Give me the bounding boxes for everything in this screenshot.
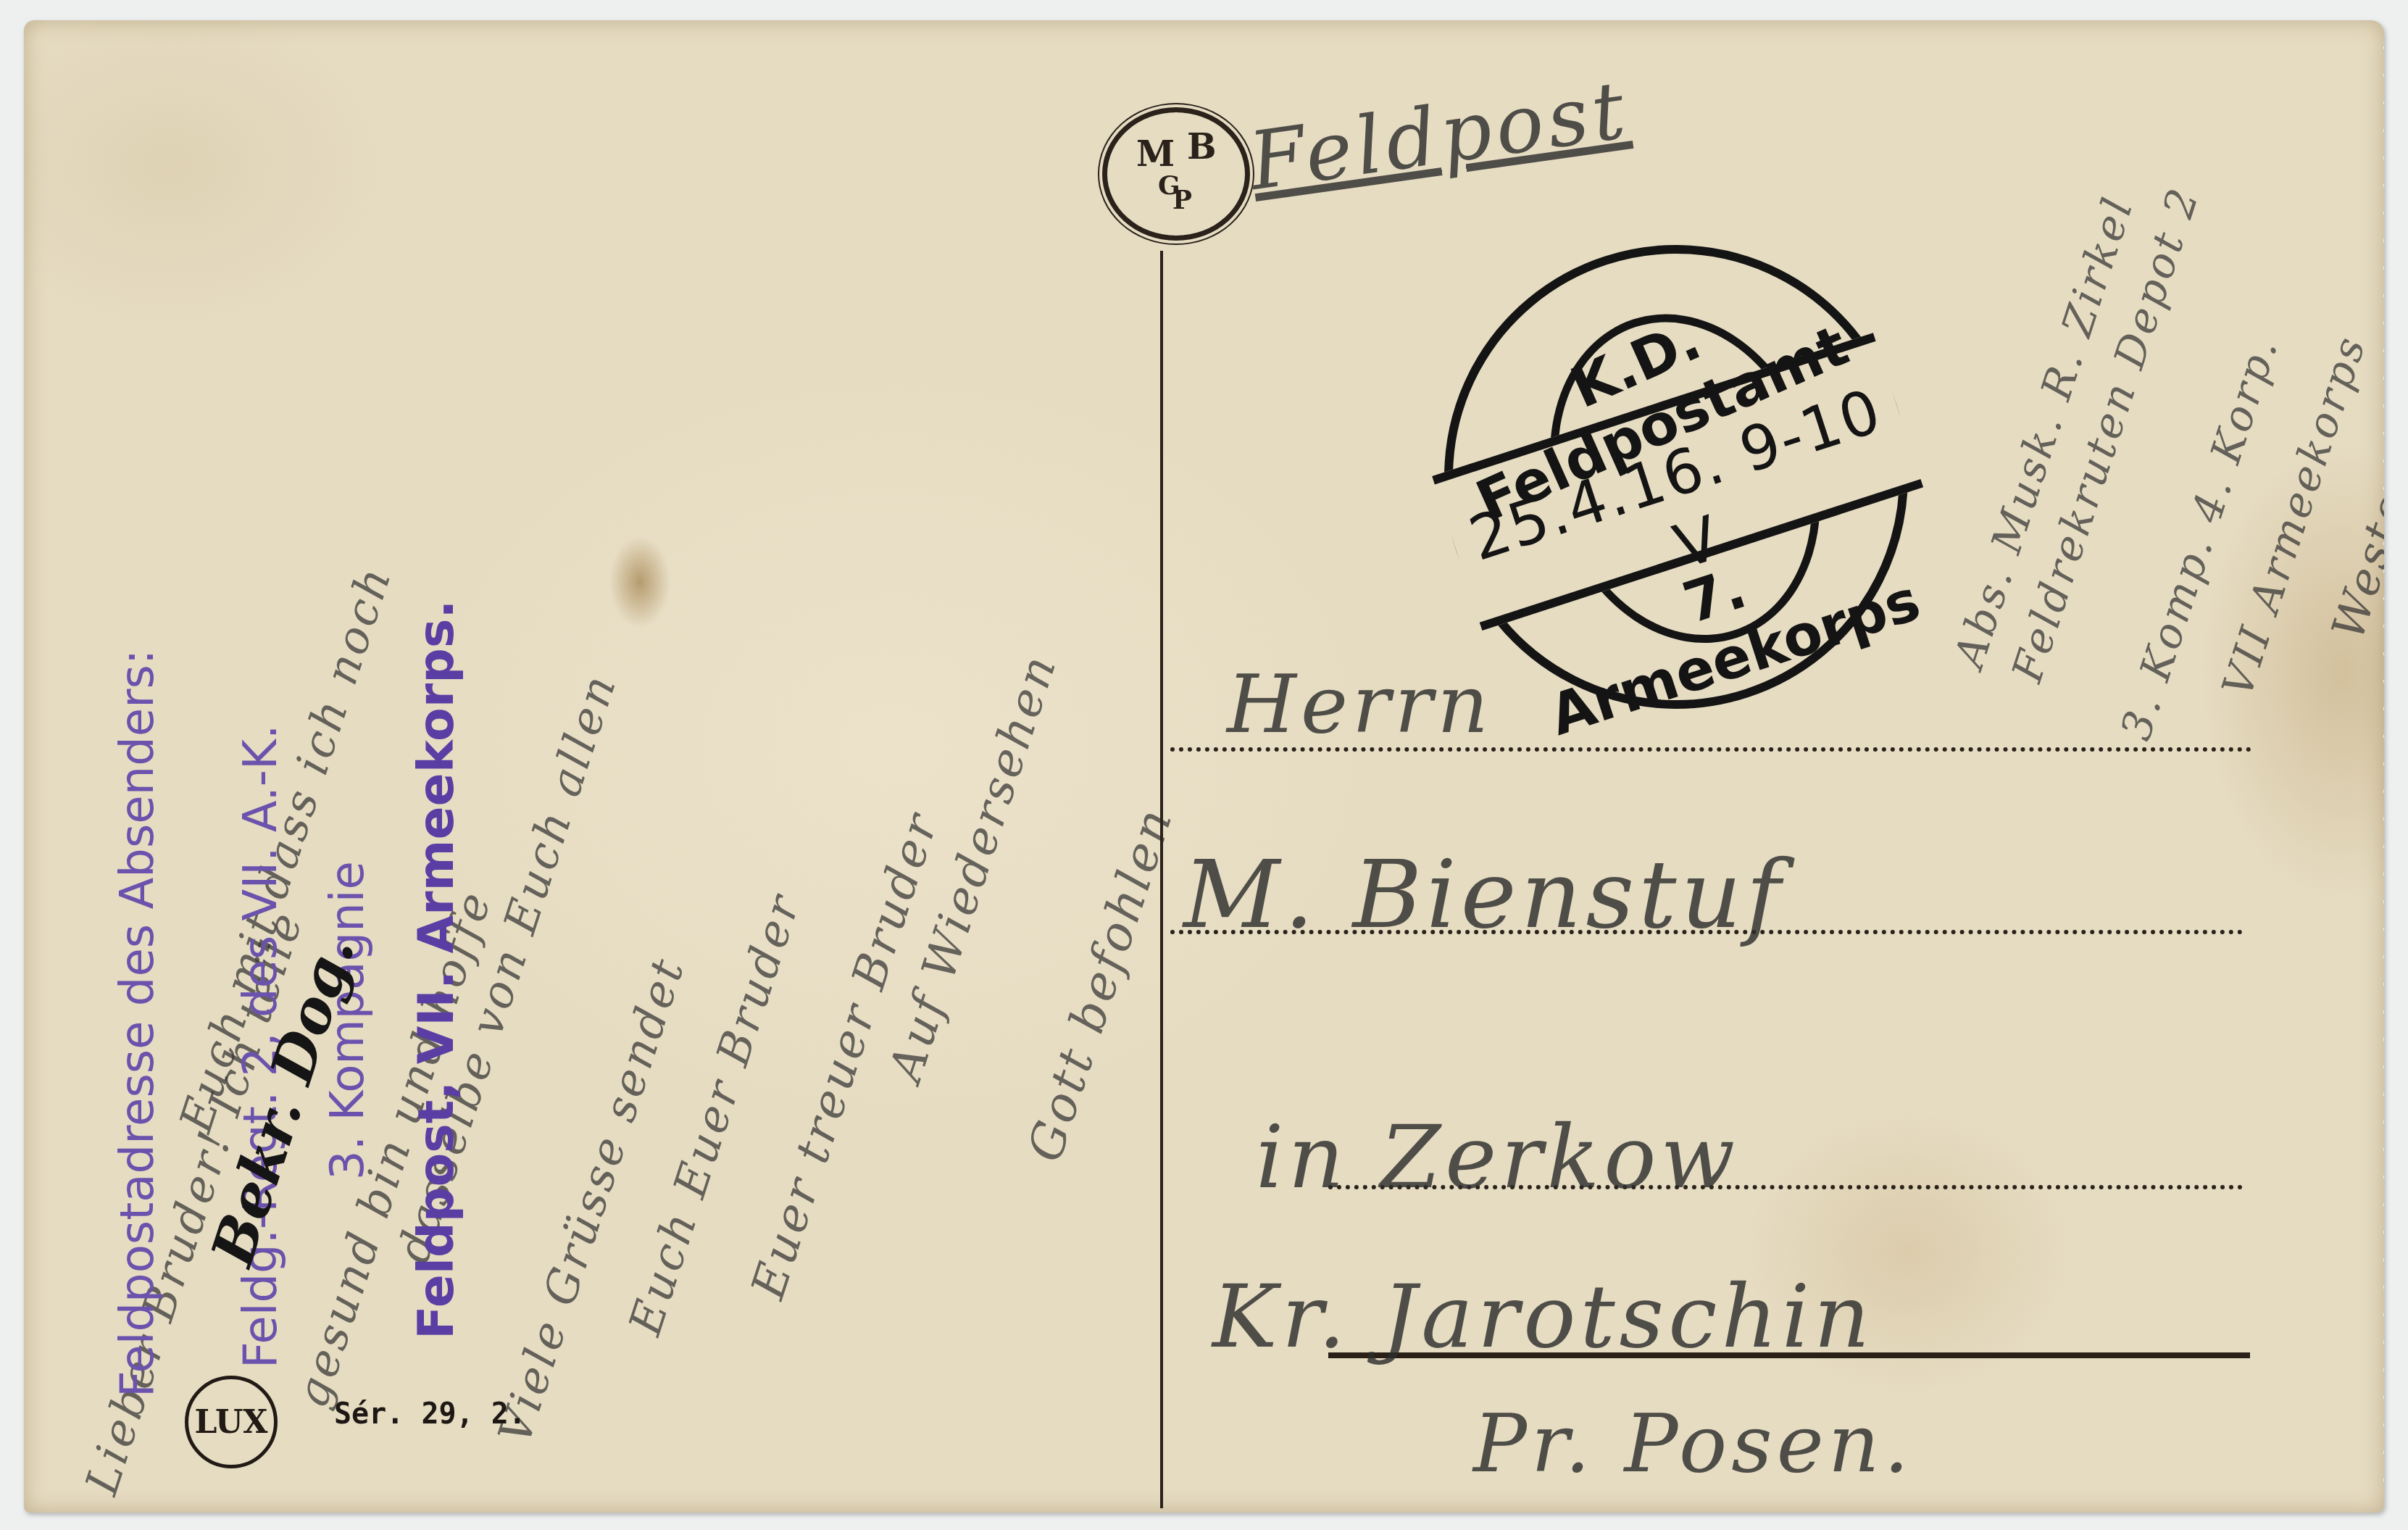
logo-letter: M — [1136, 134, 1175, 175]
sender-stamp-line: Feldpostadresse des Absenders: — [111, 649, 164, 1397]
address-district: Kr. Jarotschin — [1212, 1267, 1874, 1368]
address-town: in Zerkow — [1256, 1107, 1739, 1208]
postcard: Lieber Bruder! Ich teile Euch mit dass i… — [24, 20, 2384, 1513]
perforated-edge — [2380, 35, 2384, 1498]
address-salutation: Herrn — [1227, 658, 1493, 751]
logo-letter: B — [1187, 127, 1217, 167]
feldpost-note: Feldpost — [1244, 63, 1635, 208]
series-number: Sér. 29, 2. — [334, 1397, 526, 1431]
message-address-divider — [1160, 251, 1163, 1508]
sender-stamp-line: Feldpost, VII. Armeekorps. — [408, 600, 465, 1339]
lux-publisher-icon: LUX — [185, 1376, 278, 1468]
address-province: Pr. Posen. — [1473, 1397, 1914, 1490]
address-recipient: M. Bienstuf — [1183, 839, 1785, 949]
logo-letter: P — [1172, 185, 1192, 215]
message-column: Gott befohlen — [1017, 800, 1184, 1168]
mbgp-monogram-icon: M B G P — [1102, 107, 1250, 241]
